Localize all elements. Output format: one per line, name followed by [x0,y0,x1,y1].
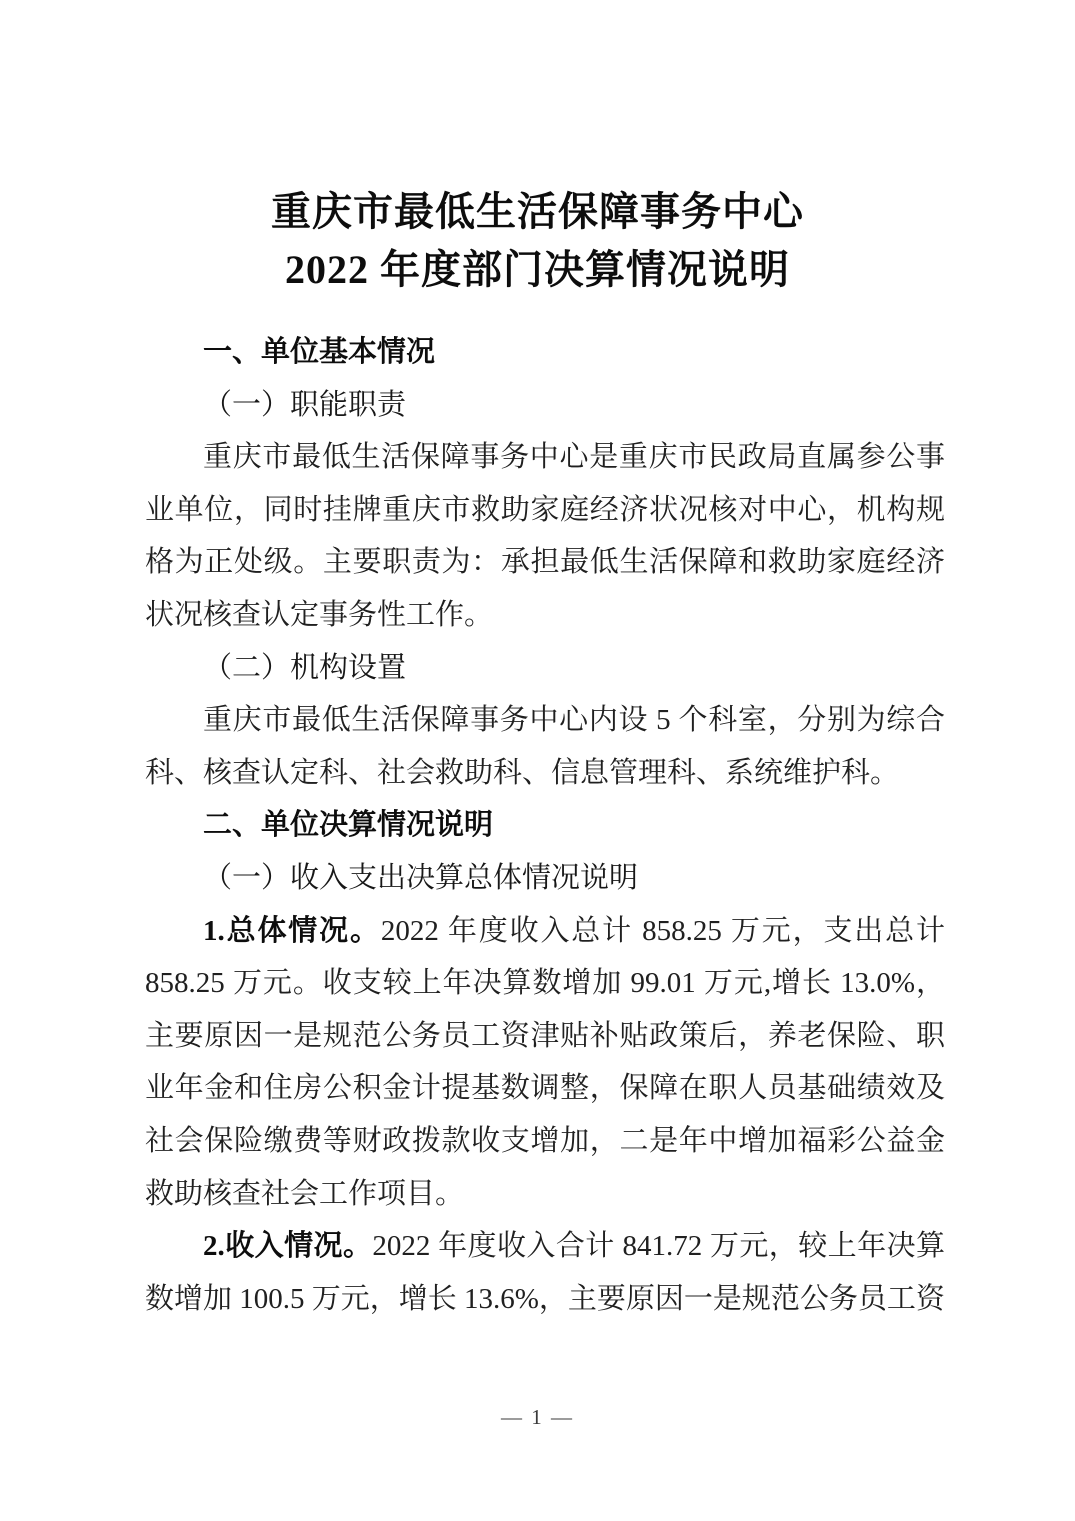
document-body: 一、单位基本情况 （一）职能职责 重庆市最低生活保障事务中心是重庆市民政局直属参… [0,326,1075,1325]
subsection-heading-org-structure: （二）机构设置 [145,642,945,695]
section-heading-final-accounts: 二、单位决算情况说明 [145,799,945,852]
subsection-heading-duties: （一）职能职责 [145,379,945,432]
subsection-heading-income-expense-overview: （一）收入支出决算总体情况说明 [145,852,945,905]
document-page: 重庆市最低生活保障事务中心 2022 年度部门决算情况说明 一、单位基本情况 （… [0,0,1075,1521]
section-heading-basic-info: 一、单位基本情况 [145,326,945,379]
document-title: 重庆市最低生活保障事务中心 2022 年度部门决算情况说明 [0,0,1075,299]
title-line-1: 重庆市最低生活保障事务中心 [0,183,1075,241]
page-number-label: — 1 — [501,1405,574,1429]
paragraph-org-structure: 重庆市最低生活保障事务中心内设 5 个科室，分别为综合科、核查认定科、社会救助科… [145,694,945,799]
paragraph-overall-text: 2022 年度收入总计 858.25 万元，支出总计 858.25 万元。收支较… [145,915,945,1210]
paragraph-overall-situation: 1.总体情况。2022 年度收入总计 858.25 万元，支出总计 858.25… [145,905,945,1221]
title-line-2: 2022 年度部门决算情况说明 [0,241,1075,299]
page-number: — 1 — [0,1402,1075,1432]
paragraph-duties: 重庆市最低生活保障事务中心是重庆市民政局直属参公事业单位，同时挂牌重庆市救助家庭… [145,431,945,641]
paragraph-income-lead: 2.收入情况。 [203,1230,372,1262]
paragraph-income-situation: 2.收入情况。2022 年度收入合计 841.72 万元，较上年决算数增加 10… [145,1220,945,1325]
paragraph-overall-lead: 1.总体情况。 [203,915,381,947]
